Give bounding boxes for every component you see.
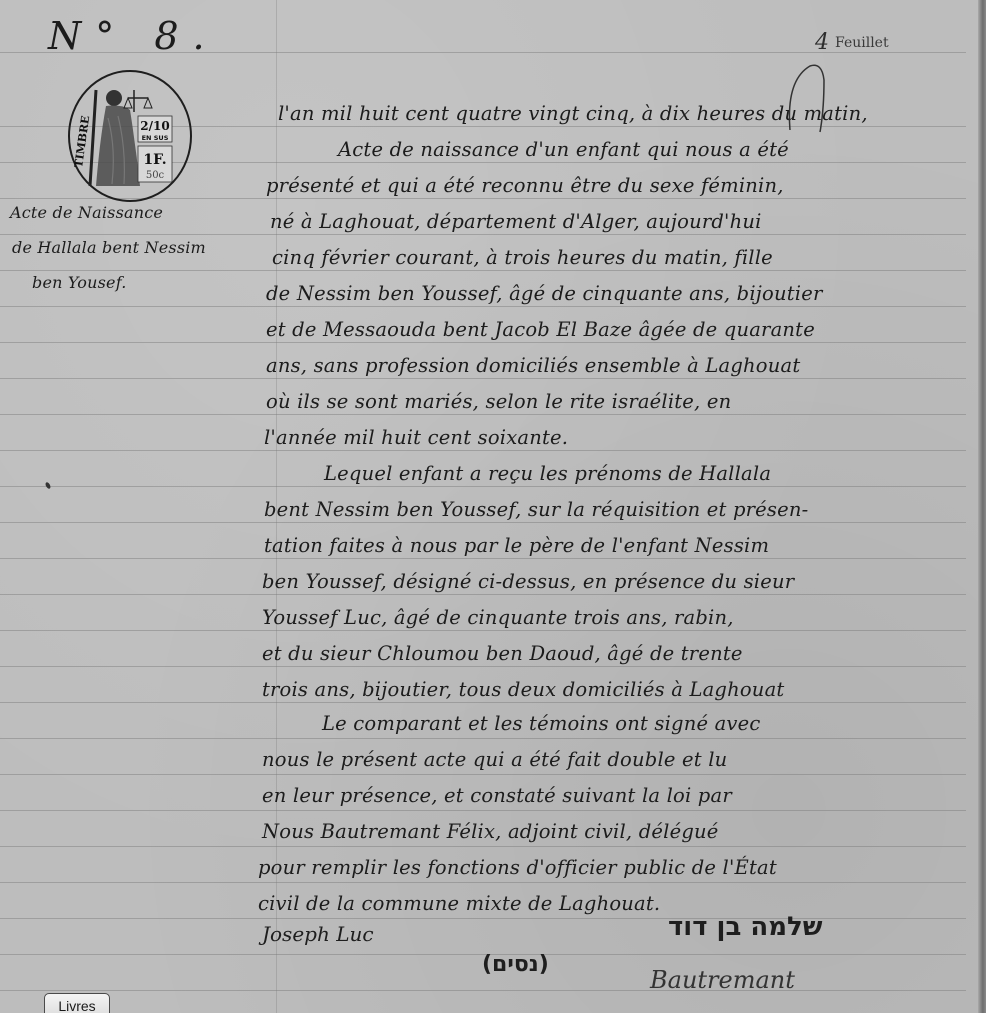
body-line: ans, sans profession domiciliés ensemble… (266, 348, 800, 384)
body-line: Youssef Luc, âgé de cinquante trois ans,… (262, 600, 734, 636)
body-line: cinq février courant, à trois heures du … (272, 240, 773, 276)
body-line: où ils se sont mariés, selon le rite isr… (266, 384, 731, 420)
body-line: présenté et qui a été reconnu être du se… (266, 168, 784, 204)
tax-stamp: 2/10 EN SUS 1F. 50c TIMBRE (66, 68, 194, 204)
body-line: pour remplir les fonctions d'officier pu… (258, 850, 777, 886)
document-image-viewer: N° 8. 4Feuillet 2/10 EN SUS 1F. 50c (0, 0, 986, 1013)
body-line: bent Nessim ben Youssef, sur la réquisit… (264, 492, 808, 528)
body-line: trois ans, bijoutier, tous deux domicili… (262, 672, 784, 708)
folio: 4Feuillet (815, 30, 889, 55)
body-line: en leur présence, et constaté suivant la… (262, 778, 732, 814)
ink-speck (45, 481, 52, 489)
body-line: nous le présent acte qui a été fait doub… (262, 742, 727, 778)
signature-officer: Bautremant (650, 966, 795, 994)
books-button[interactable]: Livres (44, 993, 110, 1013)
page-binding-edge (978, 0, 986, 1013)
folio-number: 4 (815, 30, 829, 55)
body-line: Nous Bautremant Félix, adjoint civil, dé… (262, 814, 719, 850)
folio-label: Feuillet (835, 35, 889, 51)
body-line: ben Youssef, désigné ci-dessus, en prése… (262, 564, 794, 600)
pencil-mark-icon (780, 60, 840, 140)
body-line: et du sieur Chloumou ben Daoud, âgé de t… (262, 636, 743, 672)
svg-text:TIMBRE: TIMBRE (72, 115, 92, 169)
justice-figure-stamp-icon: 2/10 EN SUS 1F. 50c TIMBRE (66, 68, 194, 204)
margin-note-line: Acte de Naissance (10, 198, 163, 228)
signature-hebrew-witness: שלמה בן דוד (668, 912, 823, 942)
body-line: tation faites à nous par le père de l'en… (264, 528, 769, 564)
body-line: l'année mil huit cent soixante. (264, 420, 568, 456)
svg-text:1F.: 1F. (143, 152, 166, 168)
body-line: Le comparant et les témoins ont signé av… (262, 706, 761, 742)
body-line: Lequel enfant a reçu les prénoms de Hall… (264, 456, 771, 492)
body-line: de Nessim ben Youssef, âgé de cinquante … (266, 276, 822, 312)
body-line: né à Laghouat, département d'Alger, aujo… (270, 204, 762, 240)
margin-note-line: de Hallala bent Nessim (12, 233, 206, 263)
margin-note-line: ben Yousef. (32, 268, 127, 298)
svg-text:EN SUS: EN SUS (142, 134, 169, 142)
body-line: Acte de naissance d'un enfant qui nous a… (278, 132, 789, 168)
body-line: et de Messaouda bent Jacob El Baze âgée … (266, 312, 815, 348)
svg-text:50c: 50c (146, 170, 165, 181)
svg-text:2/10: 2/10 (140, 119, 169, 133)
signature-hebrew-father: (נסים) (482, 952, 549, 977)
entry-number: N° 8. (48, 14, 219, 58)
body-line: civil de la commune mixte de Laghouat. (258, 886, 660, 922)
signature-joseph-luc: Joseph Luc (262, 922, 374, 946)
